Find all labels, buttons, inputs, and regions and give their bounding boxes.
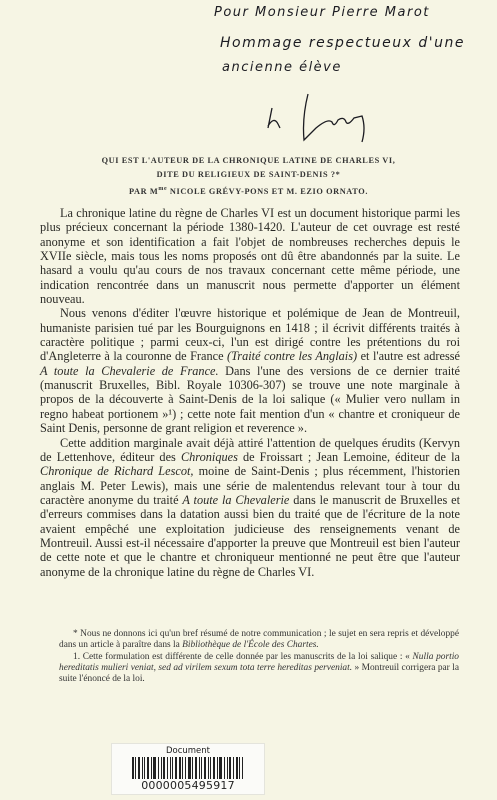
paragraph-2: Nous venons d'éditer l'œuvre historique … — [40, 306, 460, 435]
title-line-1: QUI EST L'AUTEUR DE LA CHRONIQUE LATINE … — [0, 154, 497, 168]
signature-icon — [258, 88, 378, 144]
barcode-sticker: Document 0000005495917 — [111, 743, 265, 795]
authors-names: NICOLE GRÉVY-PONS ET M. EZIO ORNATO. — [167, 187, 368, 196]
barcode-icon — [112, 757, 264, 779]
barcode-number: 0000005495917 — [112, 779, 264, 792]
footnote-asterisk: * Nous ne donnons ici qu'un bref résumé … — [59, 629, 459, 652]
dedication-line-3: ancienne élève — [222, 60, 342, 75]
dedication-line-1: Pour Monsieur Pierre Marot — [214, 5, 430, 20]
footnote-1: 1. Cette formulation est différente de c… — [59, 652, 459, 686]
title-line-2: DITE DU RELIGIEUX DE SAINT-DENIS ?* — [0, 168, 497, 182]
authors-line: PAR Mme NICOLE GRÉVY-PONS ET M. EZIO ORN… — [0, 182, 497, 199]
paragraph-3: Cette addition marginale avait déjà atti… — [40, 436, 460, 579]
paragraph-1: La chronique latine du règne de Charles … — [40, 206, 460, 306]
dedication-line-2: Hommage respectueux d'une — [220, 35, 465, 51]
article-body: La chronique latine du règne de Charles … — [40, 206, 460, 579]
barcode-title: Document — [112, 746, 264, 756]
footnotes: * Nous ne donnons ici qu'un bref résumé … — [59, 629, 459, 685]
authors-prefix: PAR M — [129, 187, 158, 196]
article-title: QUI EST L'AUTEUR DE LA CHRONIQUE LATINE … — [0, 154, 497, 199]
authors-sup: me — [158, 186, 167, 192]
